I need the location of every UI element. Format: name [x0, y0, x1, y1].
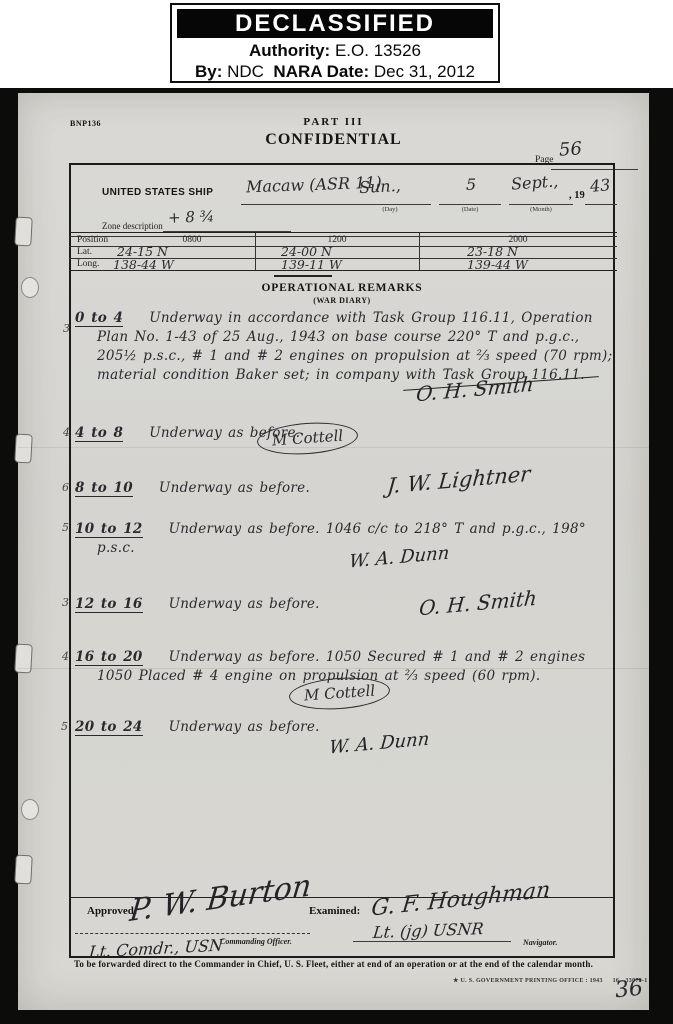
stamp-by-line: By: NDC NARA Date: Dec 31, 2012: [172, 61, 498, 82]
day-caption: (Day): [349, 206, 431, 213]
log-entry-hours: 8 to 10: [75, 480, 133, 497]
part-title: PART III: [18, 116, 649, 128]
long-label: Long.: [77, 259, 99, 269]
war-diary-page: BNP136 PART III CONFIDENTIAL Page 56 3 4…: [18, 93, 649, 1010]
log-entry-body: Underway as before.: [169, 596, 320, 612]
year-line: [585, 204, 617, 205]
fastener-mark: [14, 855, 32, 885]
year-handwritten: 43: [589, 175, 611, 196]
document-screenshot: DECLASSIFIED Authority: E.O. 13526 By: N…: [0, 0, 673, 1024]
page-number-handwritten: 56: [558, 138, 582, 161]
forwarding-note: To be forwarded direct to the Commander …: [18, 959, 649, 969]
nara-date-value: Dec 31, 2012: [374, 62, 475, 81]
log-entry-paragraph: 10 to 12Underway as before. 1046 c/c to …: [75, 520, 613, 558]
log-entry-hours: 0 to 4: [75, 310, 123, 327]
navigator-rank: Lt. (jg) USNR: [372, 919, 484, 942]
examined-signature-line: [353, 941, 511, 942]
ship-label: UNITED STATES SHIP: [102, 187, 213, 198]
log-entry-body: Underway in accordance with Task Group 1…: [97, 310, 612, 383]
fastener-mark: [14, 217, 32, 247]
margin-number: 3: [62, 596, 69, 609]
star-icon: ★: [453, 978, 459, 984]
margin-number: 5: [61, 720, 68, 733]
date-caption: (Date): [439, 206, 501, 213]
log-entry-20-24: 20 to 24Underway as before.: [75, 718, 613, 737]
log-entry-hours: 16 to 20: [75, 649, 143, 666]
commanding-officer-title: Commanding Officer.: [220, 937, 292, 946]
examined-label: Examined:: [309, 905, 360, 917]
margin-number: 4: [62, 650, 69, 663]
declassified-banner: DECLASSIFIED: [177, 9, 493, 38]
col-2000-header: 2000: [419, 235, 617, 245]
gpo-text: U. S. GOVERNMENT PRINTING OFFICE : 1943: [461, 978, 603, 984]
day-handwritten: Sun.,: [359, 176, 402, 197]
long-0800: 138-44 W: [113, 257, 174, 272]
remarks-title: OPERATIONAL REMARKS: [71, 282, 613, 294]
log-entry-hours: 10 to 12: [75, 521, 143, 538]
fastener-mark: [14, 434, 32, 464]
month-caption: (Month): [509, 206, 573, 213]
navigator-title: Navigator.: [523, 938, 557, 947]
day-line: [349, 204, 431, 205]
punch-hole: [21, 277, 39, 298]
approved-signature-line: [75, 933, 310, 934]
by-value: NDC: [227, 62, 264, 81]
col-1200-header: 1200: [255, 235, 419, 245]
long-1200: 139-11 W: [281, 257, 342, 272]
authority-value: E.O. 13526: [335, 41, 421, 60]
section-divider-rule: [274, 275, 332, 277]
log-entry-10-12: 10 to 12Underway as before. 1046 c/c to …: [75, 520, 613, 558]
commanding-officer-rank: Lt. Comdr., USN: [88, 935, 224, 961]
log-entry-body: Underway as before. 1046 c/c to 218° T a…: [97, 521, 586, 556]
log-form-box: UNITED STATES SHIP Macaw (ASR 11) Sun., …: [69, 163, 615, 958]
position-table: Position 0800 1200 2000 Lat. 24-15 N 24-…: [69, 232, 617, 271]
signature-smith: O. H. Smith: [418, 586, 538, 621]
log-entry-hours: 20 to 24: [75, 719, 143, 736]
margin-number: 5: [62, 521, 69, 534]
classification-title: CONFIDENTIAL: [18, 131, 649, 149]
stamp-authority-line: Authority: E.O. 13526: [172, 40, 498, 61]
log-entry-paragraph: 20 to 24Underway as before.: [75, 718, 613, 737]
long-2000: 139-44 W: [467, 257, 528, 272]
log-entry-hours: 4 to 8: [75, 425, 123, 442]
archive-page-stamp: 36: [614, 976, 644, 1004]
log-entry-hours: 12 to 16: [75, 596, 143, 613]
year-prefix: , 19: [569, 190, 585, 201]
zone-label: Zone description: [102, 221, 163, 231]
month-line: [509, 204, 573, 205]
navigator-signature: G. F. Houghman: [370, 877, 551, 921]
nara-date-label: NARA Date:: [273, 62, 369, 81]
date-handwritten: 5: [466, 175, 476, 194]
position-header: Position: [77, 235, 108, 245]
remarks-subtitle: (WAR DIARY): [71, 296, 613, 305]
margin-number: 6: [62, 481, 69, 494]
by-label: By:: [195, 62, 222, 81]
declassified-stamp: DECLASSIFIED Authority: E.O. 13526 By: N…: [170, 3, 500, 83]
log-entry-paragraph: 8 to 10Underway as before.: [75, 479, 613, 498]
log-entry-body: Underway as before.: [169, 719, 320, 735]
log-entry-8-10: 8 to 10Underway as before.: [75, 479, 613, 498]
log-entry-body: Underway as before.: [159, 480, 310, 496]
date-line: [439, 204, 501, 205]
scan-background: BNP136 PART III CONFIDENTIAL Page 56 3 4…: [0, 88, 673, 1024]
punch-hole: [21, 799, 39, 820]
commanding-officer-signature: P. W. Burton: [128, 868, 313, 929]
zone-value-handwritten: + 8 ¾: [168, 207, 215, 227]
lat-label: Lat.: [77, 247, 92, 257]
authority-label: Authority:: [249, 41, 330, 60]
month-handwritten: Sept.,: [510, 171, 558, 193]
